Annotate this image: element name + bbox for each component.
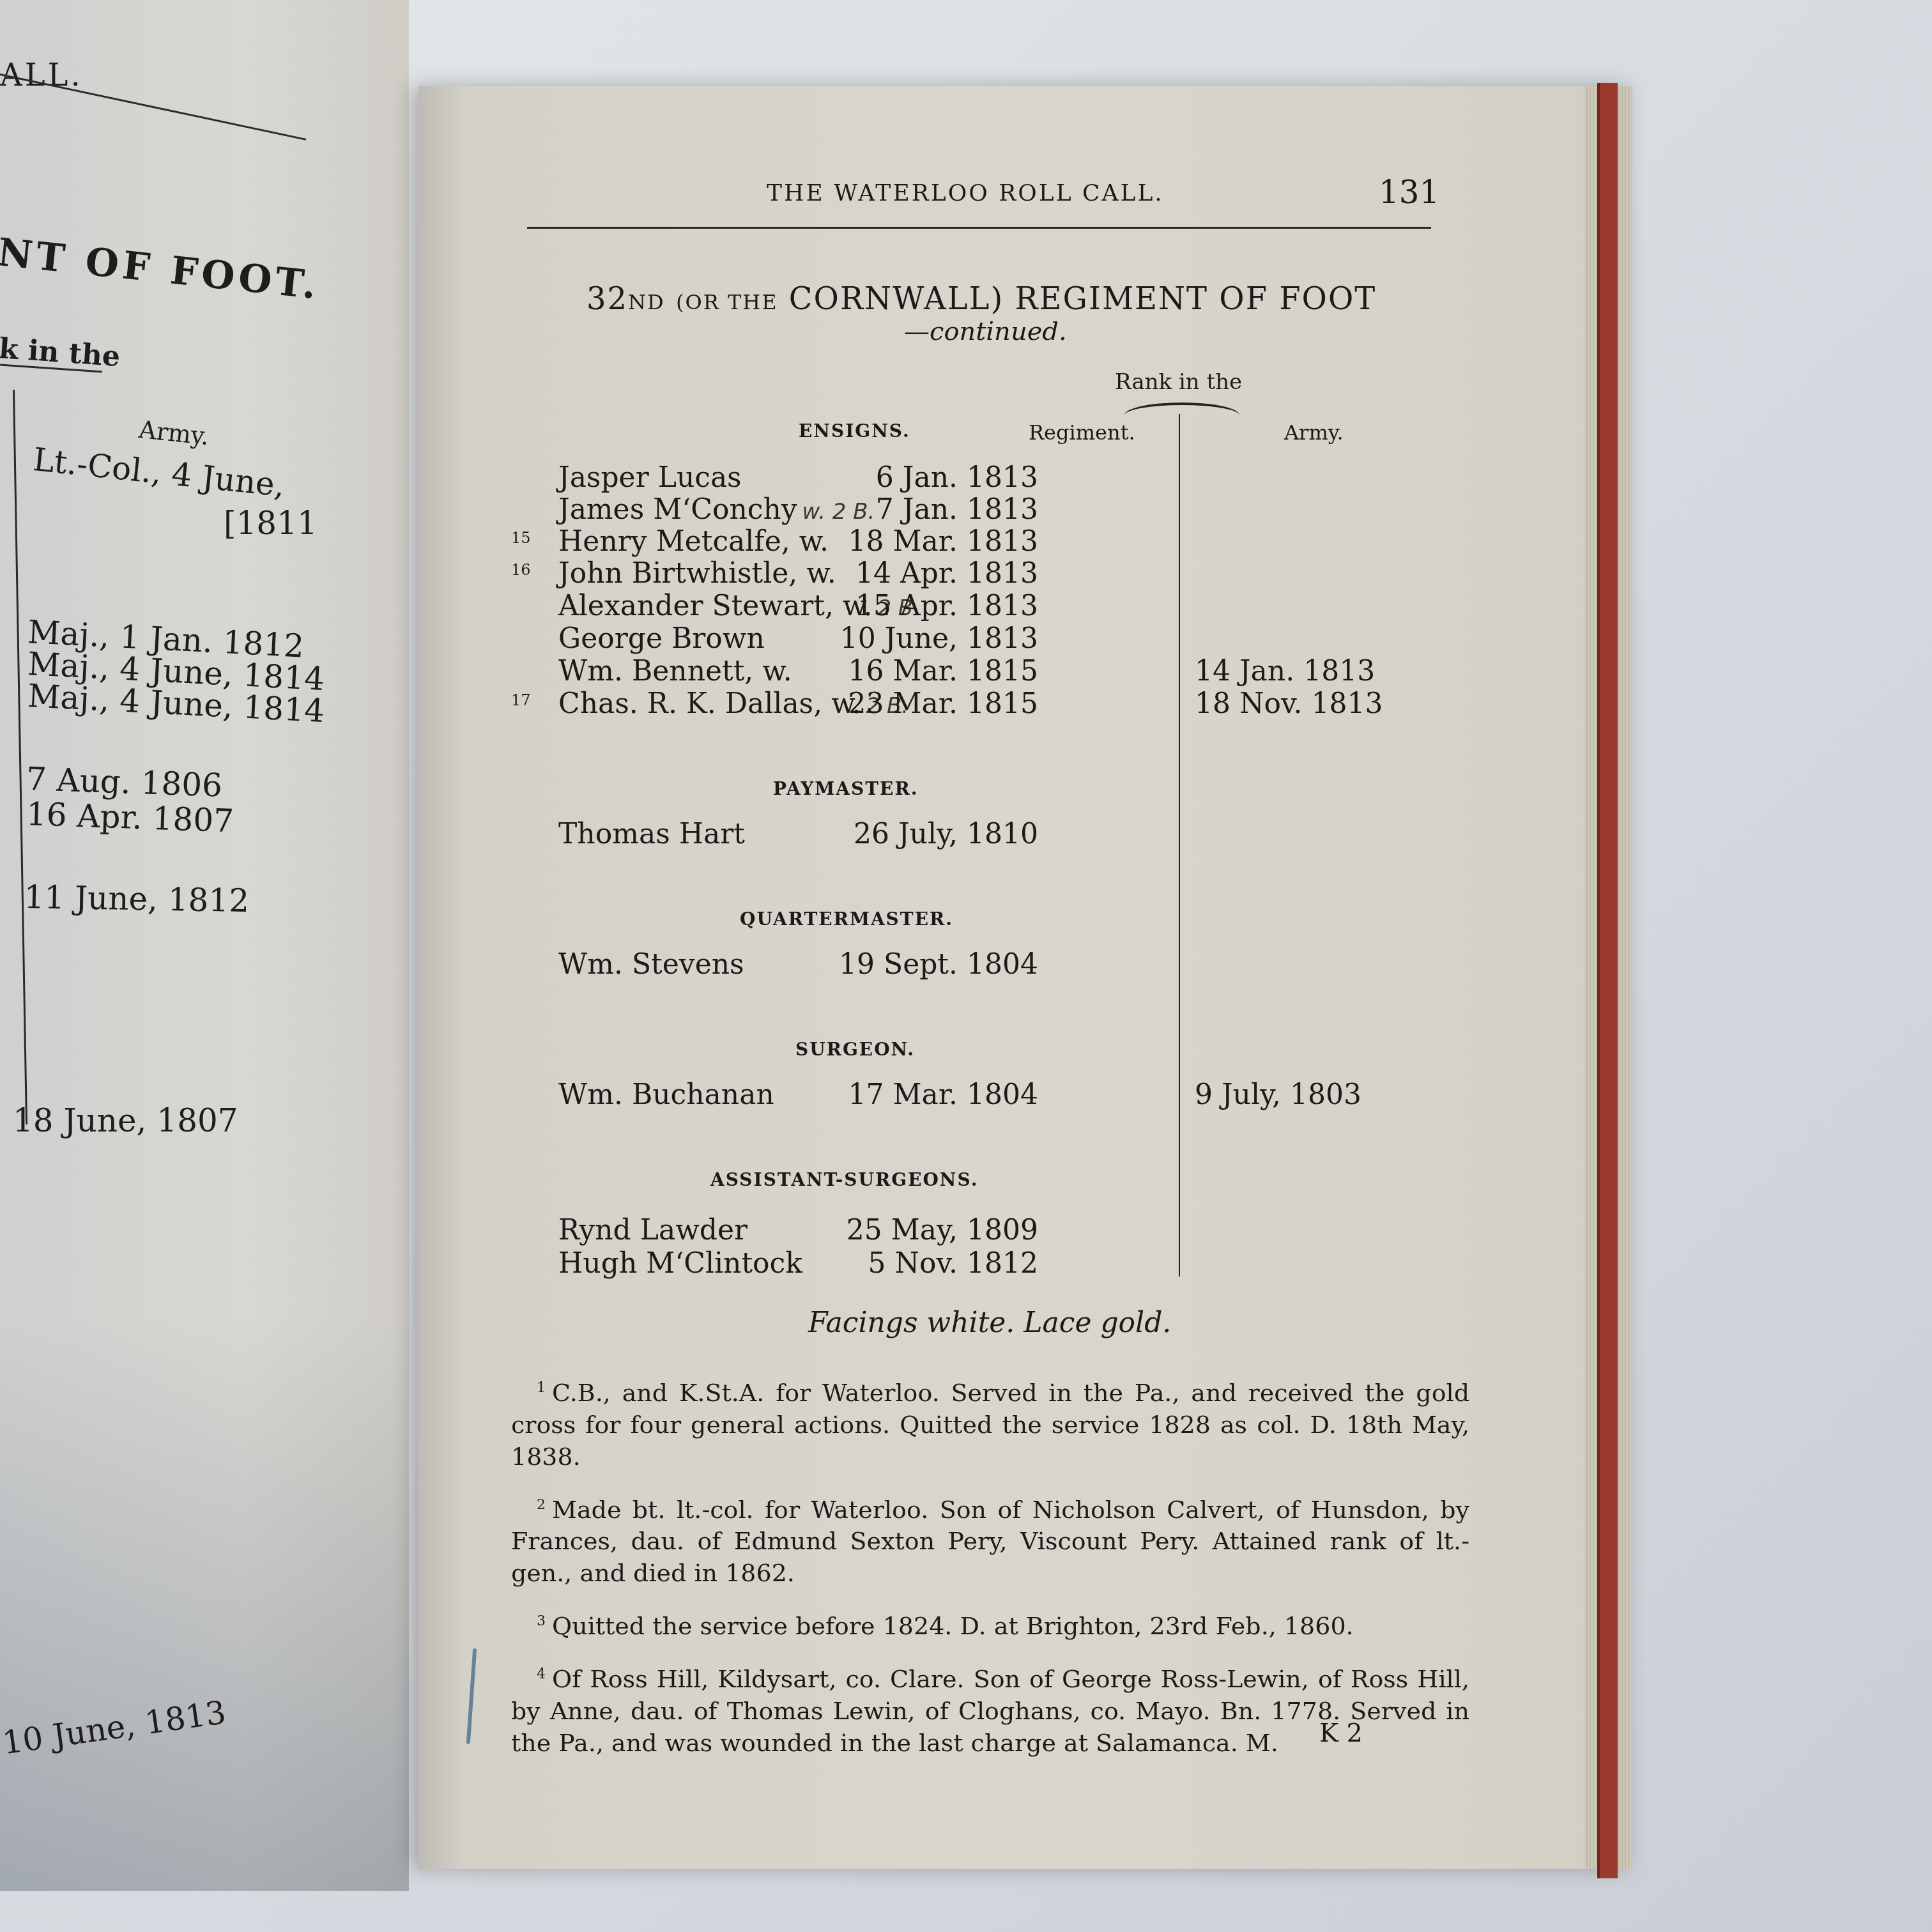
running-head: THE WATERLOO ROLL CALL. bbox=[767, 180, 1164, 206]
footnote: 1C.B., and K.St.A. for Waterloo. Served … bbox=[511, 1372, 1469, 1473]
regiment-date: 7 Jan. 1813 bbox=[876, 493, 1038, 526]
regiment-number: 32 bbox=[586, 281, 628, 317]
regiment-date: 26 July, 1810 bbox=[854, 818, 1038, 850]
table-row: George Brown 10 June, 1813 bbox=[511, 622, 1469, 655]
officer-name: Thomas Hart bbox=[558, 818, 745, 850]
regiment-date: 6 Jan. 1813 bbox=[876, 461, 1038, 494]
left-page: ALL. NT OF FOOT. k in the Army. Lt.-Col.… bbox=[0, 0, 409, 1891]
regiment-date: 23 Mar. 1815 bbox=[848, 687, 1038, 720]
left-column-divider bbox=[13, 390, 27, 1124]
regiment-date: 16 Mar. 1815 bbox=[848, 655, 1038, 687]
regiment-date: 18 Mar. 1813 bbox=[848, 525, 1038, 558]
footnotes: 1C.B., and K.St.A. for Waterloo. Served … bbox=[511, 1372, 1469, 1775]
left-entry: 11 June, 1812 bbox=[24, 878, 250, 919]
regiment-date: 10 June, 1813 bbox=[840, 622, 1038, 655]
officer-name: Wm. Stevens bbox=[558, 948, 744, 981]
ensigns-heading: ENSIGNS. bbox=[799, 420, 910, 441]
regiment-date: 14 Apr. 1813 bbox=[855, 557, 1038, 590]
table-row: Rynd Lawder 25 May, 1809 bbox=[511, 1214, 1469, 1247]
regiment-date: 25 May, 1809 bbox=[847, 1214, 1038, 1246]
table-row: 16 John Birtwhistle, w. 14 Apr. 1813 bbox=[511, 557, 1469, 590]
officer-name: James M‘Conchyw. 2 B. bbox=[558, 493, 875, 526]
officer-name: Rynd Lawder bbox=[558, 1214, 747, 1246]
ordinal-suffix: ND bbox=[628, 290, 665, 314]
paymaster-heading: PAYMASTER. bbox=[773, 778, 918, 799]
table-row: Thomas Hart 26 July, 1810 bbox=[511, 818, 1469, 851]
footnote-ref: 16 bbox=[511, 561, 531, 579]
facings-note: Facings white. Lace gold. bbox=[808, 1307, 1171, 1339]
table-row: Wm. Stevens 19 Sept. 1804 bbox=[511, 948, 1469, 981]
left-entry: 16 Apr. 1807 bbox=[26, 795, 234, 839]
officer-name: George Brown bbox=[558, 622, 770, 655]
officer-name: Wm. Buchanan bbox=[558, 1078, 774, 1111]
table-row: Wm. Buchanan 17 Mar. 1804 9 July, 1803 bbox=[511, 1078, 1469, 1112]
quartermaster-heading: QUARTERMASTER. bbox=[740, 908, 953, 930]
army-column-header: Army. bbox=[1284, 420, 1344, 445]
signature-mark: K 2 bbox=[1319, 1719, 1363, 1748]
left-head-rule bbox=[0, 73, 306, 141]
or-the: (OR THE bbox=[676, 290, 778, 314]
table-row: Hugh M‘Clintock 5 Nov. 1812 bbox=[511, 1247, 1469, 1280]
page-number: 131 bbox=[1379, 174, 1439, 211]
officer-name: Wm. Bennett, w. bbox=[558, 655, 797, 687]
assistant-surgeons-heading: ASSISTANT-SURGEONS. bbox=[710, 1169, 978, 1190]
left-entry: 18 June, 1807 bbox=[13, 1102, 238, 1139]
head-rule bbox=[527, 227, 1431, 229]
table-row: 15 Henry Metcalfe, w. 18 Mar. 1813 bbox=[511, 525, 1469, 558]
officer-name: John Birtwhistle, w. bbox=[558, 557, 841, 590]
regiment-column-header: Regiment. bbox=[1029, 420, 1135, 445]
officer-name: Henry Metcalfe, w. bbox=[558, 525, 834, 558]
book-cover-edge bbox=[1597, 83, 1618, 1878]
army-date: 9 July, 1803 bbox=[1195, 1078, 1361, 1111]
left-entry-continuation: [1811 bbox=[224, 505, 318, 542]
army-date: 14 Jan. 1813 bbox=[1195, 655, 1375, 687]
table-row: James M‘Conchyw. 2 B. 7 Jan. 1813 bbox=[511, 493, 1469, 526]
table-row: Wm. Bennett, w. 16 Mar. 1815 14 Jan. 181… bbox=[511, 655, 1469, 688]
left-rank-header: k in the bbox=[0, 332, 121, 373]
table-row: Jasper Lucas 6 Jan. 1813 bbox=[511, 461, 1469, 494]
regiment-date: 15 Apr. 1813 bbox=[855, 590, 1038, 622]
regiment-name: CORNWALL) REGIMENT OF FOOT bbox=[789, 281, 1376, 317]
left-title: NT OF FOOT. bbox=[0, 230, 322, 309]
footnote: 2Made bt. lt.-col. for Waterloo. Son of … bbox=[511, 1489, 1469, 1590]
regiment-date: 5 Nov. 1812 bbox=[868, 1247, 1038, 1280]
surgeon-heading: SURGEON. bbox=[795, 1039, 915, 1060]
rank-group-header: Rank in the bbox=[1115, 369, 1242, 395]
regiment-date: 17 Mar. 1804 bbox=[848, 1078, 1038, 1111]
officer-name: Hugh M‘Clintock bbox=[558, 1247, 802, 1280]
table-row: 17 Chas. R. K. Dallas, w.2 B. 23 Mar. 18… bbox=[511, 687, 1469, 721]
regiment-date: 19 Sept. 1804 bbox=[839, 948, 1038, 981]
footnote-ref: 17 bbox=[511, 691, 531, 709]
left-entry: Lt.-Col., 4 June, bbox=[31, 441, 287, 504]
army-date: 18 Nov. 1813 bbox=[1195, 687, 1383, 720]
left-army-header: Army. bbox=[137, 415, 210, 450]
continued-label: —continued. bbox=[904, 317, 1067, 346]
footnote-ref: 15 bbox=[511, 529, 531, 547]
regiment-title: 32ND (OR THE CORNWALL) REGIMENT OF FOOT bbox=[586, 281, 1376, 317]
left-page-shadow bbox=[0, 1316, 409, 1891]
pencil-annotation: w. 2 B. bbox=[802, 499, 875, 525]
officer-name: Jasper Lucas bbox=[558, 461, 747, 494]
footnote: 3Quitted the service before 1824. D. at … bbox=[511, 1606, 1469, 1642]
table-row: Alexander Stewart, w.2 B 15 Apr. 1813 bbox=[511, 590, 1469, 623]
